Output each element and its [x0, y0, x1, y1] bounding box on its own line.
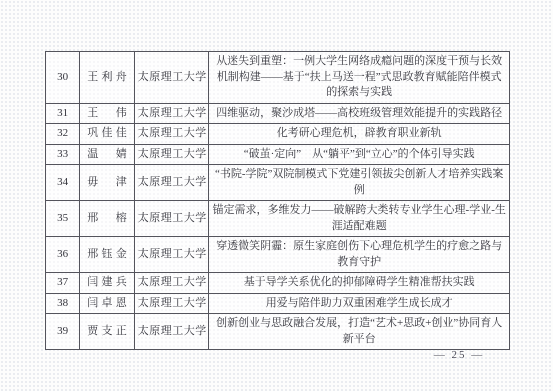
person-name-cell: 邢榕 — [80, 201, 134, 237]
institution-cell: 太原理工大学 — [134, 124, 209, 145]
row-number-cell: 38 — [46, 293, 80, 314]
table-row: 30 王利舟 太原理工大学 从迷失到重塑：一例大学生网络成瘾问题的深度干预与长效… — [46, 52, 510, 104]
case-title-cell: 创新创业与思政融合发展，打造“艺术+思政+创业”协同育人新平台 — [209, 314, 510, 350]
case-title: 锚定需求，多维发力——破解跨大类转专业学生心理-学业-生涯适配难题 — [213, 204, 506, 232]
person-name: 闫卓恩 — [83, 296, 130, 312]
row-number: 32 — [57, 127, 68, 139]
institution-cell: 太原理工大学 — [134, 103, 209, 124]
institution-cell: 太原理工大学 — [134, 144, 209, 165]
institution-name: 太原理工大学 — [138, 127, 207, 139]
person-name-cell: 王伟 — [80, 103, 134, 124]
row-number-cell: 39 — [46, 314, 80, 350]
table-row: 39 贾支正 太原理工大学 创新创业与思政融合发展，打造“艺术+思政+创业”协同… — [46, 314, 510, 350]
person-name: 巩佳佳 — [83, 126, 130, 142]
person-name: 王伟 — [83, 106, 130, 122]
row-number-cell: 34 — [46, 165, 80, 201]
case-title-cell: 四维驱动，聚沙成塔——高校班级管理效能提升的实践路径 — [209, 103, 510, 124]
table-row: 33 温婧 太原理工大学 “破茧·定向” 从“躺平”到“立心”的个体引导实践 — [46, 144, 510, 165]
row-number-cell: 32 — [46, 124, 80, 145]
table-body: 30 王利舟 太原理工大学 从迷失到重塑：一例大学生网络成瘾问题的深度干预与长效… — [46, 52, 510, 350]
institution-name: 太原理工大学 — [138, 71, 207, 83]
row-number-cell: 35 — [46, 201, 80, 237]
case-title: 穿透微笑阴霾：原生家庭创伤下心理危机学生的疗愈之路与教育守护 — [216, 240, 502, 268]
case-title: 用爱与陪伴助力双重困难学生成长成才 — [266, 297, 453, 309]
institution-cell: 太原理工大学 — [134, 237, 209, 273]
person-name-cell: 巩佳佳 — [80, 124, 134, 145]
case-title: 从迷失到重塑：一例大学生网络成瘾问题的深度干预与长效机制构建——基于“扶上马送一… — [216, 55, 502, 98]
case-title: “书院-学院”双院制模式下党建引领拔尖创新人才培养实践案例 — [215, 168, 503, 196]
institution-name: 太原理工大学 — [138, 325, 207, 337]
case-title: 化考研心理危机，辟教育职业新轨 — [277, 127, 442, 139]
case-title-cell: 锚定需求，多维发力——破解跨大类转专业学生心理-学业-生涯适配难题 — [209, 201, 510, 237]
person-name: 闫建兵 — [83, 275, 130, 291]
person-name: 毋津 — [83, 175, 130, 191]
institution-cell: 太原理工大学 — [134, 314, 209, 350]
row-number: 33 — [57, 148, 68, 160]
institution-cell: 太原理工大学 — [134, 201, 209, 237]
person-name-cell: 王利舟 — [80, 52, 134, 104]
case-title-cell: 穿透微笑阴霾：原生家庭创伤下心理危机学生的疗愈之路与教育守护 — [209, 237, 510, 273]
institution-name: 太原理工大学 — [138, 148, 207, 160]
row-number: 37 — [57, 276, 68, 288]
table-row: 32 巩佳佳 太原理工大学 化考研心理危机，辟教育职业新轨 — [46, 124, 510, 145]
person-name-cell: 贾支正 — [80, 314, 134, 350]
case-title: 四维驱动，聚沙成塔——高校班级管理效能提升的实践路径 — [216, 107, 502, 119]
institution-name: 太原理工大学 — [138, 276, 207, 288]
person-name: 温婧 — [83, 147, 130, 163]
table-row: 34 毋津 太原理工大学 “书院-学院”双院制模式下党建引领拔尖创新人才培养实践… — [46, 165, 510, 201]
person-name-cell: 闫卓恩 — [80, 293, 134, 314]
institution-cell: 太原理工大学 — [134, 52, 209, 104]
row-number: 34 — [57, 176, 68, 188]
row-number: 36 — [57, 248, 68, 260]
row-number-cell: 30 — [46, 52, 80, 104]
person-name: 贾支正 — [83, 324, 130, 340]
table-row: 35 邢榕 太原理工大学 锚定需求，多维发力——破解跨大类转专业学生心理-学业-… — [46, 201, 510, 237]
institution-cell: 太原理工大学 — [134, 293, 209, 314]
case-title: 基于导学关系优化的抑郁障碍学生精准帮扶实践 — [244, 276, 475, 288]
institution-name: 太原理工大学 — [138, 248, 207, 260]
institution-cell: 太原理工大学 — [134, 165, 209, 201]
row-number: 35 — [57, 212, 68, 224]
document-page: 30 王利舟 太原理工大学 从迷失到重塑：一例大学生网络成瘾问题的深度干预与长效… — [0, 0, 553, 391]
table-row: 31 王伟 太原理工大学 四维驱动，聚沙成塔——高校班级管理效能提升的实践路径 — [46, 103, 510, 124]
page-number: — 25 — — [414, 349, 504, 361]
case-title-cell: 用爱与陪伴助力双重困难学生成长成才 — [209, 293, 510, 314]
case-roster-table: 30 王利舟 太原理工大学 从迷失到重塑：一例大学生网络成瘾问题的深度干预与长效… — [45, 51, 510, 350]
person-name: 邢榕 — [83, 211, 130, 227]
person-name-cell: 温婧 — [80, 144, 134, 165]
table-row: 36 邢钰金 太原理工大学 穿透微笑阴霾：原生家庭创伤下心理危机学生的疗愈之路与… — [46, 237, 510, 273]
table-row: 38 闫卓恩 太原理工大学 用爱与陪伴助力双重困难学生成长成才 — [46, 293, 510, 314]
case-title: “破茧·定向” 从“躺平”到“立心”的个体引导实践 — [244, 148, 475, 160]
case-title-cell: 化考研心理危机，辟教育职业新轨 — [209, 124, 510, 145]
person-name-cell: 邢钰金 — [80, 237, 134, 273]
person-name-cell: 闫建兵 — [80, 273, 134, 294]
person-name: 王利舟 — [83, 70, 130, 86]
person-name-cell: 毋津 — [80, 165, 134, 201]
institution-cell: 太原理工大学 — [134, 273, 209, 294]
row-number-cell: 33 — [46, 144, 80, 165]
row-number: 31 — [57, 107, 68, 119]
row-number-cell: 31 — [46, 103, 80, 124]
row-number: 30 — [57, 71, 68, 83]
row-number: 39 — [57, 325, 68, 337]
row-number: 38 — [57, 297, 68, 309]
case-title-cell: “书院-学院”双院制模式下党建引领拔尖创新人才培养实践案例 — [209, 165, 510, 201]
case-title-cell: “破茧·定向” 从“躺平”到“立心”的个体引导实践 — [209, 144, 510, 165]
institution-name: 太原理工大学 — [138, 107, 207, 119]
institution-name: 太原理工大学 — [138, 176, 207, 188]
institution-name: 太原理工大学 — [138, 297, 207, 309]
person-name: 邢钰金 — [83, 247, 130, 263]
row-number-cell: 37 — [46, 273, 80, 294]
case-title-cell: 基于导学关系优化的抑郁障碍学生精准帮扶实践 — [209, 273, 510, 294]
table-row: 37 闫建兵 太原理工大学 基于导学关系优化的抑郁障碍学生精准帮扶实践 — [46, 273, 510, 294]
row-number-cell: 36 — [46, 237, 80, 273]
case-title: 创新创业与思政融合发展，打造“艺术+思政+创业”协同育人新平台 — [216, 317, 502, 345]
institution-name: 太原理工大学 — [138, 212, 207, 224]
case-title-cell: 从迷失到重塑：一例大学生网络成瘾问题的深度干预与长效机制构建——基于“扶上马送一… — [209, 52, 510, 104]
